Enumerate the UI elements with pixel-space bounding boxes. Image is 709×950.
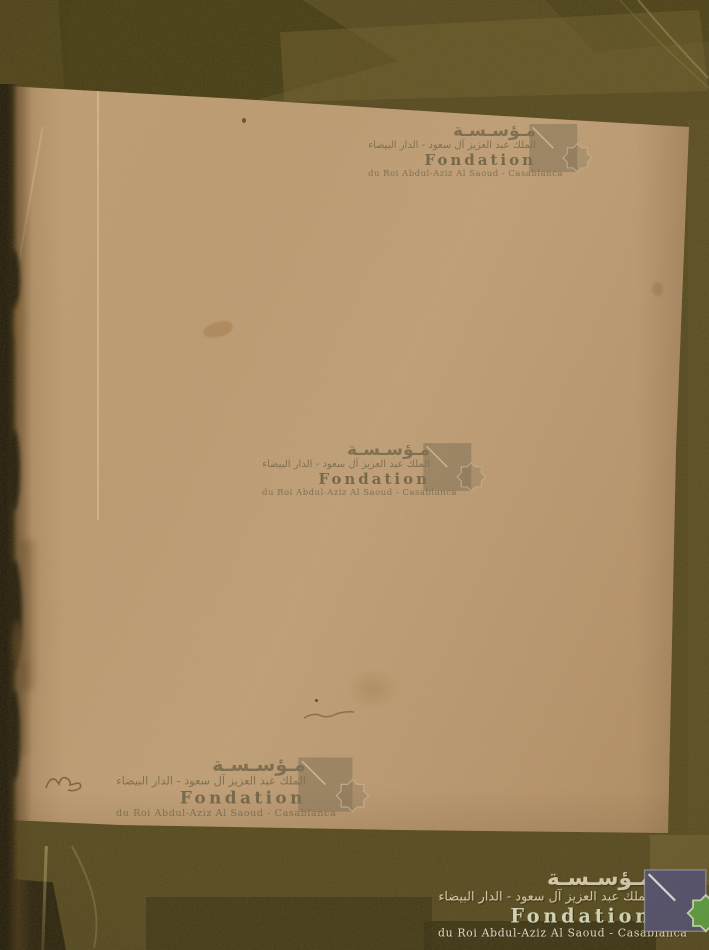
stamp-arabic-title: مـؤسـسـة [438, 869, 653, 889]
faded-stain [652, 282, 663, 296]
foundation-logo-icon [643, 869, 709, 947]
spine-blot [8, 690, 20, 780]
stamp-arabic-title: مـؤسـسـة [116, 756, 306, 774]
foundation-stamp-middle: مـؤسـسـة الملك عبد العزيز آل سعود - الدا… [262, 440, 492, 501]
stamp-latin-subtitle: du Roi Abdul-Aziz Al Saoud - Casablanca [116, 808, 324, 820]
foundation-logo-icon [528, 123, 596, 184]
eight-pointed-star-icon [336, 780, 368, 812]
stamp-arabic-subtitle: الملك عبد العزيز آل سعود - الدار البيضاء [438, 889, 653, 906]
foundation-stamp-bottom-left: مـؤسـسـة الملك عبد العزيز آل سعود - الدا… [116, 754, 376, 823]
spine-smudge [14, 300, 22, 340]
stamp-arabic-title: مـؤسـسـة [368, 123, 536, 139]
eight-pointed-star-icon [563, 144, 591, 172]
stamp-arabic-subtitle: الملك عبد العزيز آل سعود - الدار البيضاء [116, 774, 306, 789]
foundation-stamp-top: مـؤسـسـة الملك عبد العزيز آل سعود - الدا… [368, 121, 598, 182]
scratch-line [60, 840, 130, 950]
book-page-paper: مـؤسـسـة الملك عبد العزيز آل سعود - الدا… [0, 0, 709, 950]
stamp-latin-title: Fondation [262, 471, 430, 488]
handwritten-mark [44, 772, 86, 798]
paper-speck [242, 118, 246, 123]
spine-blot [8, 430, 20, 510]
stamp-latin-title: Fondation [368, 152, 536, 169]
paper-crease [97, 90, 99, 520]
foundation-logo-icon [422, 442, 490, 503]
stamp-latin-title: Fondation [438, 906, 653, 928]
stamp-text: مـؤسـسـة الملك عبد العزيز آل سعود - الدا… [116, 756, 306, 820]
page-edge-shadow [636, 88, 690, 838]
foundation-logo-icon [297, 756, 374, 825]
scratch-line [560, 0, 709, 95]
scan-border-dark-patch [146, 897, 432, 950]
eight-pointed-star-icon [457, 463, 485, 491]
hairline-mark [300, 702, 362, 724]
spine-smudge [12, 620, 22, 670]
stamp-text: مـؤسـسـة الملك عبد العزيز آل سعود - الدا… [438, 869, 653, 942]
stamp-arabic-title: مـؤسـسـة [262, 442, 430, 458]
stamp-text: مـؤسـسـة الملك عبد العزيز آل سعود - الدا… [368, 123, 536, 180]
book-spine-edge [0, 84, 32, 950]
stamp-latin-title: Fondation [116, 789, 306, 808]
foundation-stamp-color: مـؤسـسـة الملك عبد العزيز آل سعود - الدا… [438, 866, 709, 944]
scan-border-right [688, 120, 709, 836]
stamp-text: مـؤسـسـة الملك عبد العزيز آل سعود - الدا… [262, 442, 430, 499]
stamp-latin-subtitle: du Roi Abdul-Aziz Al Saoud - Casablanca [368, 169, 552, 180]
stamp-latin-subtitle: du Roi Abdul-Aziz Al Saoud - Casablanca [262, 488, 446, 499]
scanned-book-page: مـؤسـسـة الملك عبد العزيز آل سعود - الدا… [0, 0, 709, 950]
stamp-latin-subtitle: du Roi Abdul-Aziz Al Saoud - Casablanca [438, 927, 674, 941]
ink-stain [202, 320, 234, 340]
